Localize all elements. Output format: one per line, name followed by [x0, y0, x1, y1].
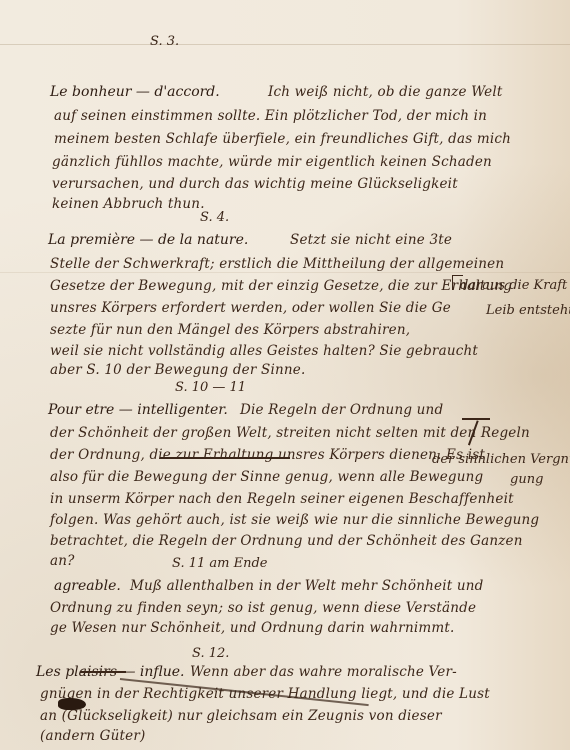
paper-crease: [0, 272, 570, 273]
margin-text: der sinnlichen Vergnü-: [432, 452, 570, 467]
section-heading: Pour etre — intelligenter.: [48, 402, 228, 418]
text-line: in unserm Körper nach den Regeln seiner …: [50, 491, 514, 507]
margin-text: gung: [510, 472, 543, 487]
text-line: Gesetze der Bewegung, mit der einzig Ges…: [50, 278, 512, 294]
margin-text: Leib entsteht.: [486, 303, 570, 318]
text-line: unsres Körpers erfordert werden, oder wo…: [50, 300, 451, 316]
text-line: Wenn aber das wahre moralische Ver-: [190, 664, 457, 680]
text-line: Setzt sie nicht eine 3te: [290, 232, 452, 248]
text-line: Ich weiß nicht, ob die ganze Welt: [268, 84, 503, 100]
text-line: also für die Bewegung der Sinne genug, w…: [50, 469, 483, 485]
text-line: auf seinen einstimmen sollte. Ein plötzl…: [54, 108, 487, 124]
text-line: Ordnung zu finden seyn; so ist genug, we…: [50, 600, 476, 616]
text-line: sezte für nun den Mängel des Körpers abs…: [50, 322, 410, 338]
text-line: Stelle der Schwerkraft; erstlich die Mit…: [50, 256, 504, 272]
text-line: betrachtet, die Regeln der Ordnung und d…: [50, 533, 523, 549]
text-line: an (Glückseligkeit) nur gleichsam ein Ze…: [40, 708, 442, 724]
page-marker: S. 3.: [150, 34, 179, 49]
ink-blot: [58, 698, 86, 710]
page-ref: S. 10 — 11: [175, 380, 246, 395]
text-line: weil sie nicht vollständig alles Geistes…: [50, 343, 478, 359]
text-line: der Schönheit der großen Welt, streiten …: [50, 425, 530, 441]
text-line: meinem besten Schlafe überfiele, ein fre…: [54, 131, 511, 147]
insertion-mark: [462, 418, 490, 420]
page-ref: S. 11 am Ende: [172, 556, 267, 571]
text-line: (andern Güter): [40, 728, 146, 744]
manuscript-page: S. 3. Le bonheur — d'accord. Ich weiß ni…: [0, 0, 570, 750]
paper-crease: [0, 44, 570, 45]
text-line: an?: [50, 553, 75, 569]
page-ref: S. 12.: [192, 646, 229, 661]
text-line: der Ordnung, die zur Erhaltung unsres Kö…: [50, 447, 485, 463]
text-line: ge Wesen nur Schönheit, und Ordnung dari…: [50, 620, 455, 636]
text-line: aber S. 10 der Bewegung der Sinne.: [50, 362, 305, 378]
margin-text: daraus die Kraft: [460, 278, 567, 293]
text-line: folgen. Was gehört auch, ist sie weiß wi…: [50, 512, 539, 528]
section-heading: La première — de la nature.: [48, 232, 248, 248]
text-line: keinen Abbruch thun.: [52, 196, 205, 212]
text-line: Die Regeln der Ordnung und: [240, 402, 443, 418]
text-line: gänzlich fühllos machte, würde mir eigen…: [52, 154, 492, 170]
strikethrough: [80, 671, 126, 673]
section-heading: agreable.: [54, 578, 121, 594]
page-ref: S. 4.: [200, 210, 229, 225]
section-heading: Le bonheur — d'accord.: [50, 84, 220, 100]
text-line: verursachen, und durch das wichtig meine…: [52, 176, 458, 192]
text-line: Muß allenthalben in der Welt mehr Schönh…: [130, 578, 483, 594]
strikethrough: [160, 457, 290, 459]
